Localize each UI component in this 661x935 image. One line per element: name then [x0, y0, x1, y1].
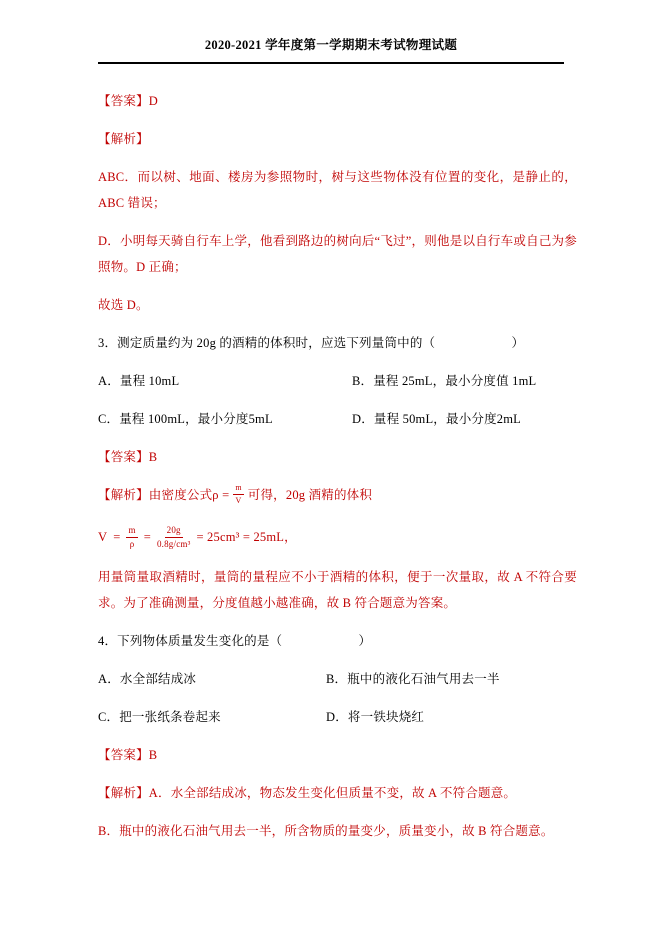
q4-analysis-a: 【解析】A．水全部结成冰，物态发生变化但质量不变，故 A 不符合题意。	[98, 780, 577, 806]
q4-option-d: D．将一铁块烧红	[326, 704, 424, 730]
formula-fraction-mass-over-density: 20g0.8g/cm³	[157, 525, 191, 549]
q3-option-b: B．量程 25mL，最小分度值 1mL	[352, 368, 536, 394]
document-header: 2020-2021 学年度第一学期期末考试物理试题	[98, 38, 564, 64]
q4-options-row-cd: C．把一张纸条卷起来 D．将一铁块烧红	[98, 704, 577, 730]
q3-options-row-ab: A．量程 10mL B．量程 25mL，最小分度值 1mL	[98, 368, 577, 394]
q2-analysis-label: 【解析】	[98, 126, 577, 152]
q4-answer-line: 【答案】B	[98, 742, 577, 768]
q2-answer-line: 【答案】D	[98, 88, 577, 114]
q4-option-a: A．水全部结成冰	[98, 666, 326, 692]
page-title: 2020-2021 学年度第一学期期末考试物理试题	[98, 38, 564, 53]
density-formula-fraction: mV	[233, 483, 243, 504]
exam-document-page: 2020-2021 学年度第一学期期末考试物理试题 【答案】D 【解析】 ABC…	[0, 0, 661, 935]
q3-analysis-intro-suffix: 可得，20g 酒精的体积	[248, 482, 372, 508]
formula-equals-1: =	[113, 524, 120, 550]
q3-volume-formula: V = mρ = 20g0.8g/cm³ = 25cm³ = 25mL，	[98, 520, 577, 554]
q2-analysis-d: D．小明每天骑自行车上学，他看到路边的树向后“飞过”，则他是以自行车或自己为参照…	[98, 228, 577, 280]
q3-analysis-body: 用量筒量取酒精时，量筒的量程应不小于酒精的体积，便于一次量取，故 A 不符合要求…	[98, 564, 577, 616]
q4-analysis-b: B．瓶中的液化石油气用去一半，所含物质的量变少，质量变小，故 B 符合题意。	[98, 818, 577, 844]
q3-options-row-cd: C．量程 100mL，最小分度5mL D．量程 50mL，最小分度2mL	[98, 406, 577, 432]
q3-analysis-intro: 【解析】由密度公式ρ = mV 可得，20g 酒精的体积	[98, 482, 577, 508]
q4-options-row-ab: A．水全部结成冰 B．瓶中的液化石油气用去一半	[98, 666, 577, 692]
q3-stem: 3．测定质量约为 20g 的酒精的体积时，应选下列量筒中的（ ）	[98, 330, 577, 356]
q4-option-b: B．瓶中的液化石油气用去一半	[326, 666, 500, 692]
formula-fraction-m-over-rho: mρ	[126, 525, 137, 549]
q4-option-c: C．把一张纸条卷起来	[98, 704, 326, 730]
formula-equals-2: =	[144, 524, 151, 550]
formula-lhs: V	[98, 524, 107, 550]
q3-analysis-intro-prefix: 【解析】由密度公式ρ =	[98, 482, 229, 508]
q4-stem: 4．下列物体质量发生变化的是（ ）	[98, 628, 577, 654]
document-body: 【答案】D 【解析】 ABC．而以树、地面、楼房为参照物时，树与这些物体没有位置…	[98, 64, 577, 844]
q3-answer-line: 【答案】B	[98, 444, 577, 470]
q3-option-c: C．量程 100mL，最小分度5mL	[98, 406, 352, 432]
q2-analysis-abc: ABC．而以树、地面、楼房为参照物时，树与这些物体没有位置的变化，是静止的，AB…	[98, 164, 577, 216]
q3-option-d: D．量程 50mL，最小分度2mL	[352, 406, 521, 432]
q2-conclusion: 故选 D。	[98, 292, 577, 318]
formula-result: = 25cm³ = 25mL，	[196, 524, 296, 550]
q3-option-a: A．量程 10mL	[98, 368, 352, 394]
